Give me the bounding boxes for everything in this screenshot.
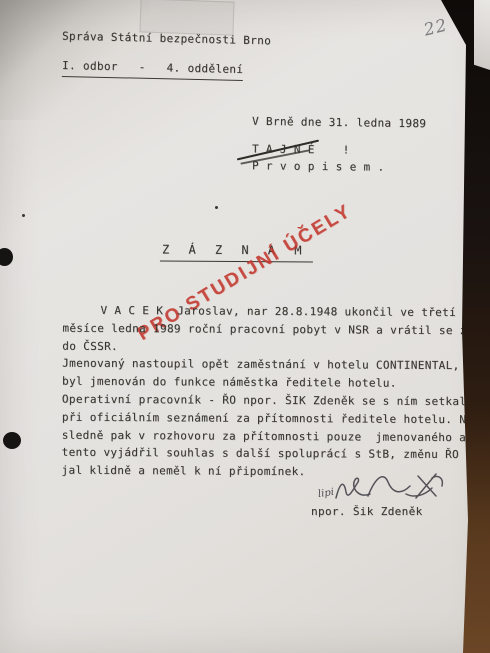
punch-hole <box>0 248 13 266</box>
adjacent-paper-edge <box>474 0 490 70</box>
dateline: V Brně dne 31. ledna 1989 <box>252 115 426 130</box>
original-copy-note: P r v o p i s e m . <box>252 159 385 173</box>
document-photo: Správa Státní bezpečnosti Brno I. odbor … <box>0 0 490 653</box>
signature-typed-name: npor. Šik Zdeněk <box>311 505 423 518</box>
signature-scrawl <box>330 468 450 508</box>
body-line: při oficiálním seznámení za přítomnosti … <box>62 408 490 428</box>
punch-hole <box>3 432 21 449</box>
document-body: V A C E K Jaroslav, nar 28.8.1948 ukonči… <box>61 302 490 483</box>
ink-speck <box>22 214 25 217</box>
document-page: Správa Státní bezpečnosti Brno I. odbor … <box>0 0 490 653</box>
ink-speck <box>215 206 218 209</box>
faint-stamp-outline <box>139 0 234 36</box>
body-line: měsíce ledna 1989 roční pracovní pobyt v… <box>62 319 490 339</box>
page-number-pencil: 22 <box>422 15 450 40</box>
